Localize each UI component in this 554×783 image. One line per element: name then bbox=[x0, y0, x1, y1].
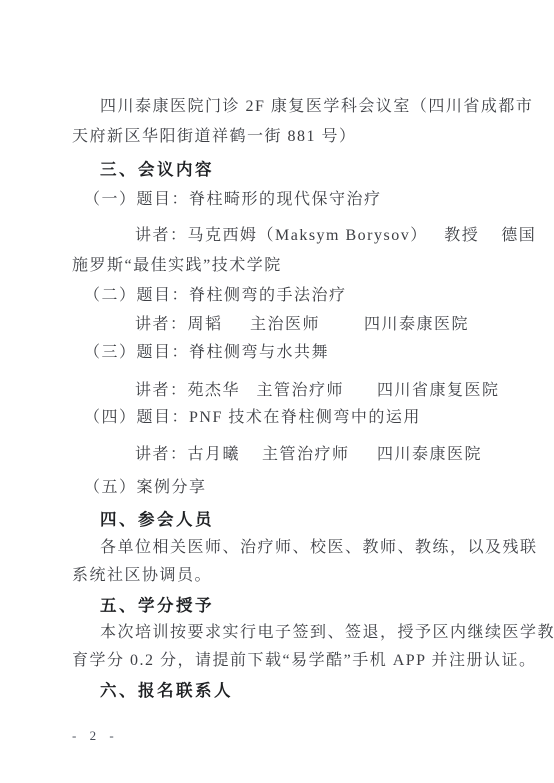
agenda-item-1-speaker: 讲者：马克西姆（Maksym Borysov） 教授 德国 bbox=[135, 226, 536, 246]
agenda-item-4-title: （四）题目：PNF 技术在脊柱侧弯中的运用 bbox=[84, 408, 421, 428]
section-heading-credits: 五、学分授予 bbox=[100, 596, 214, 616]
agenda-item-2-title: （二）题目：脊柱侧弯的手法治疗 bbox=[84, 286, 347, 306]
credits-line-1: 本次培训按要求实行电子签到、签退，授予区内继续医学教 bbox=[100, 623, 554, 643]
venue-line-1: 四川泰康医院门诊 2F 康复医学科会议室（四川省成都市 bbox=[100, 97, 533, 117]
agenda-item-3-title: （三）题目：脊柱侧弯与水共舞 bbox=[84, 343, 329, 363]
section-heading-contact: 六、报名联系人 bbox=[100, 681, 233, 701]
document-page: 四川泰康医院门诊 2F 康复医学科会议室（四川省成都市 天府新区华阳街道祥鹤一街… bbox=[0, 0, 554, 783]
section-heading-agenda: 三、会议内容 bbox=[100, 160, 214, 180]
agenda-item-5-title: （五）案例分享 bbox=[84, 478, 207, 498]
agenda-item-4-speaker: 讲者：古月曦 主管治疗师 四川泰康医院 bbox=[135, 445, 482, 465]
agenda-item-1-title: （一）题目：脊柱畸形的现代保守治疗 bbox=[84, 190, 382, 210]
agenda-item-2-speaker: 讲者：周韬 主治医师 四川泰康医院 bbox=[135, 315, 469, 335]
venue-line-2: 天府新区华阳街道祥鹤一街 881 号） bbox=[72, 127, 357, 147]
credits-line-2: 育学分 0.2 分，请提前下载“易学酷”手机 APP 并注册认证。 bbox=[72, 651, 536, 671]
agenda-item-1-speaker-continued: 施罗斯“最佳实践”技术学院 bbox=[72, 256, 282, 276]
section-heading-attendees: 四、参会人员 bbox=[100, 510, 214, 530]
attendees-line-2: 系统社区协调员。 bbox=[72, 566, 212, 586]
attendees-line-1: 各单位相关医师、治疗师、校医、教师、教练，以及残联 bbox=[100, 538, 538, 558]
agenda-item-3-speaker: 讲者：苑杰华 主管治疗师 四川省康复医院 bbox=[135, 381, 500, 401]
page-number: - 2 - bbox=[72, 726, 119, 746]
